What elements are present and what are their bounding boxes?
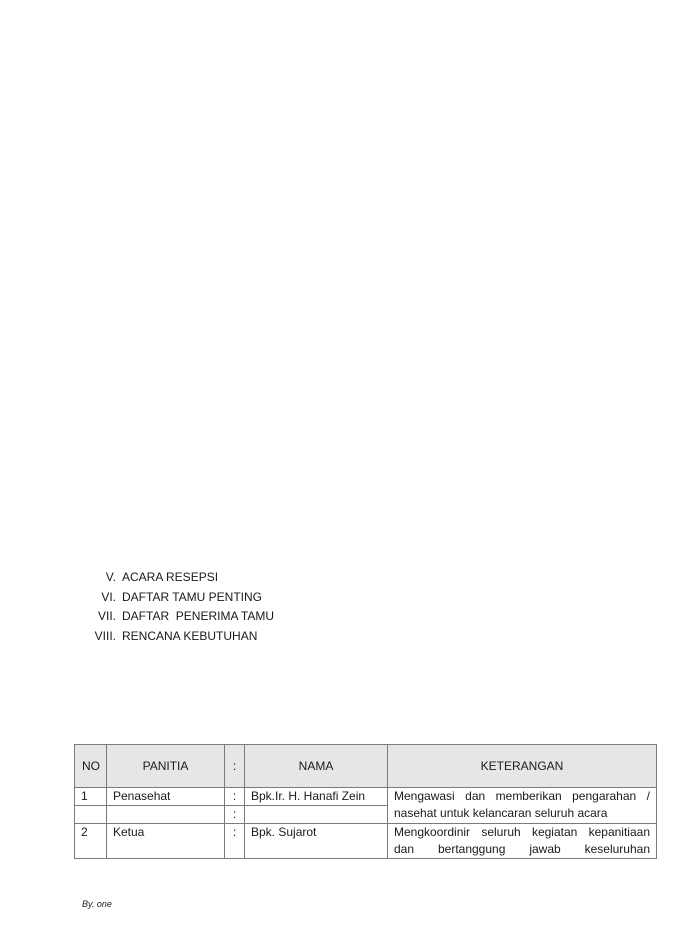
outline-item: V. ACARA RESEPSI — [78, 568, 378, 588]
outline-text: DAFTAR TAMU PENTING — [122, 588, 262, 608]
table-row: 2 Ketua : Bpk. Sujarot Mengkoordinir sel… — [75, 824, 657, 859]
outline-number: VIII. — [78, 627, 116, 647]
cell-nama: Bpk. Sujarot — [245, 824, 388, 859]
outline-number: V. — [78, 568, 116, 588]
outline-number: VII. — [78, 607, 116, 627]
header-nama: NAMA — [245, 745, 388, 788]
header-keterangan: KETERANGAN — [388, 745, 657, 788]
cell-panitia — [107, 806, 225, 824]
outline-item: VII. DAFTAR PENERIMA TAMU — [78, 607, 378, 627]
cell-keterangan: Mengawasi dan memberikan pengarahan / na… — [388, 788, 657, 824]
cell-nama: Bpk.Ir. H. Hanafi Zein — [245, 788, 388, 806]
outline-text: DAFTAR PENERIMA TAMU — [122, 607, 274, 627]
outline-item: VIII. RENCANA KEBUTUHAN — [78, 627, 378, 647]
table-row: 1 Penasehat : Bpk.Ir. H. Hanafi Zein Men… — [75, 788, 657, 806]
cell-colon: : — [225, 824, 245, 859]
table-header-row: NO PANITIA : NAMA KETERANGAN — [75, 745, 657, 788]
keterangan-line: nasehat untuk kelancaran seluruh acara — [394, 805, 650, 822]
outline-number: VI. — [78, 588, 116, 608]
keterangan-line: Mengawasi dan memberikan pengarahan / — [394, 788, 650, 805]
section-outline: V. ACARA RESEPSI VI. DAFTAR TAMU PENTING… — [78, 568, 378, 646]
committee-table: NO PANITIA : NAMA KETERANGAN 1 Penasehat… — [74, 744, 657, 859]
outline-text: ACARA RESEPSI — [122, 568, 218, 588]
outline-text: RENCANA KEBUTUHAN — [122, 627, 257, 647]
cell-keterangan: Mengkoordinir seluruh kegiatan kepanitia… — [388, 824, 657, 859]
cell-no: 1 — [75, 788, 107, 806]
header-colon: : — [225, 745, 245, 788]
cell-panitia: Ketua — [107, 824, 225, 859]
header-panitia: PANITIA — [107, 745, 225, 788]
cell-nama — [245, 806, 388, 824]
outline-item: VI. DAFTAR TAMU PENTING — [78, 588, 378, 608]
cell-panitia: Penasehat — [107, 788, 225, 806]
cell-no — [75, 806, 107, 824]
header-no: NO — [75, 745, 107, 788]
keterangan-line: dan bertanggung jawab keseluruhan — [394, 841, 650, 858]
cell-colon: : — [225, 788, 245, 806]
cell-colon: : — [225, 806, 245, 824]
keterangan-line: Mengkoordinir seluruh kegiatan kepanitia… — [394, 824, 650, 841]
footer-text: By. one — [82, 899, 112, 909]
cell-no: 2 — [75, 824, 107, 859]
